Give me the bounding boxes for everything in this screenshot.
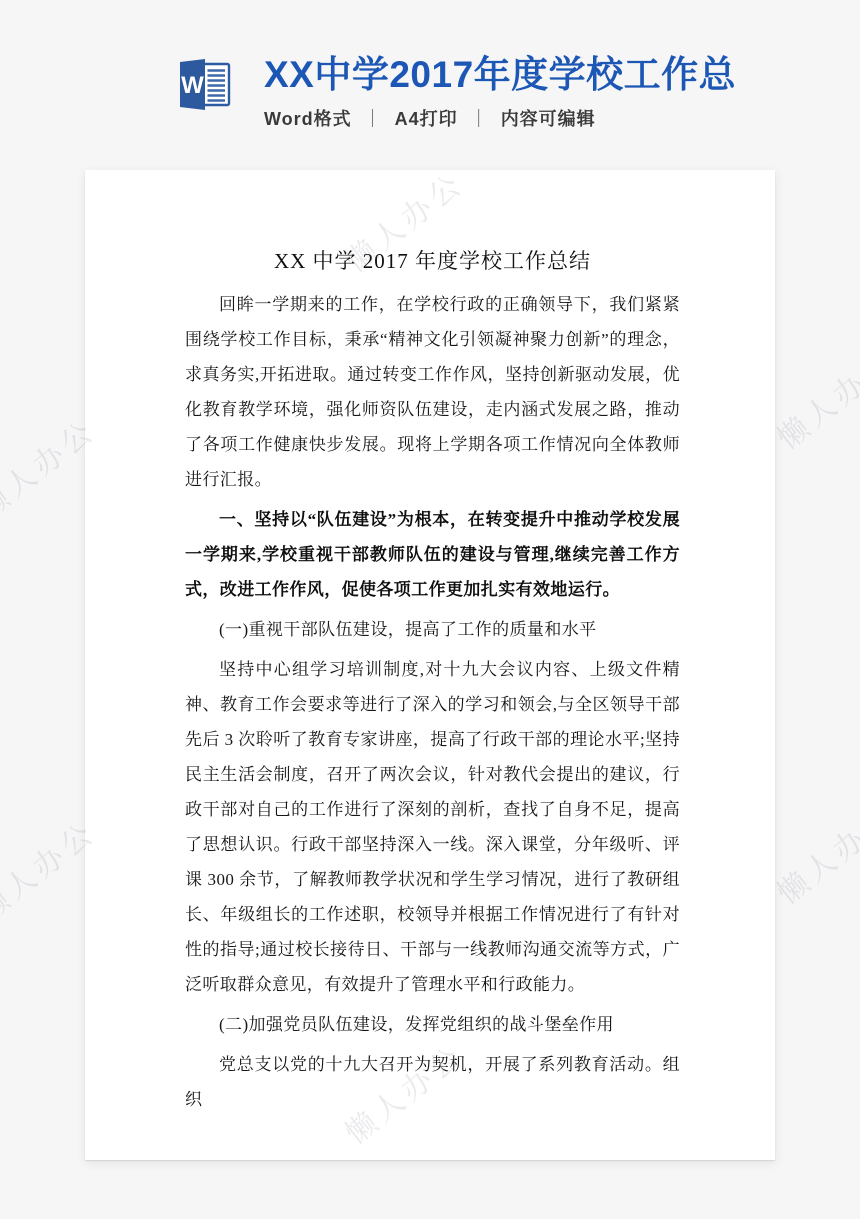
meta-print: A4打印 — [395, 109, 458, 129]
watermark: 懒人办公 — [766, 337, 860, 458]
meta-format: Word格式 — [264, 109, 352, 129]
meta-editable: 内容可编辑 — [501, 109, 596, 129]
word-icon: W — [166, 52, 232, 120]
doc-paragraph: 坚持中心组学习培训制度,对十九大会议内容、上级文件精神、教育工作会要求等进行了深… — [185, 652, 680, 1002]
document-page: XX 中学 2017 年度学校工作总结 回眸一学期来的工作，在学校行政的正确领导… — [85, 170, 775, 1160]
meta-separator: ｜ — [470, 109, 489, 129]
watermark: 懒人办公 — [766, 792, 860, 913]
page-title: XX中学2017年度学校工作总 — [264, 52, 736, 98]
meta-separator: ｜ — [364, 109, 383, 129]
page-canvas: W XX中学2017年度学校工作总 Word格式｜A4打印｜内容可编辑 XX 中… — [0, 0, 860, 1219]
svg-text:W: W — [181, 72, 204, 99]
file-meta: Word格式｜A4打印｜内容可编辑 — [264, 105, 736, 131]
header: W XX中学2017年度学校工作总 Word格式｜A4打印｜内容可编辑 — [166, 52, 736, 131]
doc-paragraph: (一)重视干部队伍建设，提高了工作的质量和水平 — [185, 612, 680, 647]
doc-paragraph: 党总支以党的十九大召开为契机，开展了系列教育活动。组织 — [185, 1047, 680, 1117]
doc-paragraph: (二)加强党员队伍建设，发挥党组织的战斗堡垒作用 — [185, 1007, 680, 1042]
document-title: XX 中学 2017 年度学校工作总结 — [185, 246, 680, 276]
header-text: XX中学2017年度学校工作总 Word格式｜A4打印｜内容可编辑 — [264, 52, 736, 131]
doc-paragraph-heading: 一、坚持以“队伍建设”为根本，在转变提升中推动学校发展一学期来,学校重视干部教师… — [185, 502, 680, 607]
doc-paragraph: 回眸一学期来的工作，在学校行政的正确领导下，我们紧紧围绕学校工作目标，秉承“精神… — [185, 287, 680, 497]
